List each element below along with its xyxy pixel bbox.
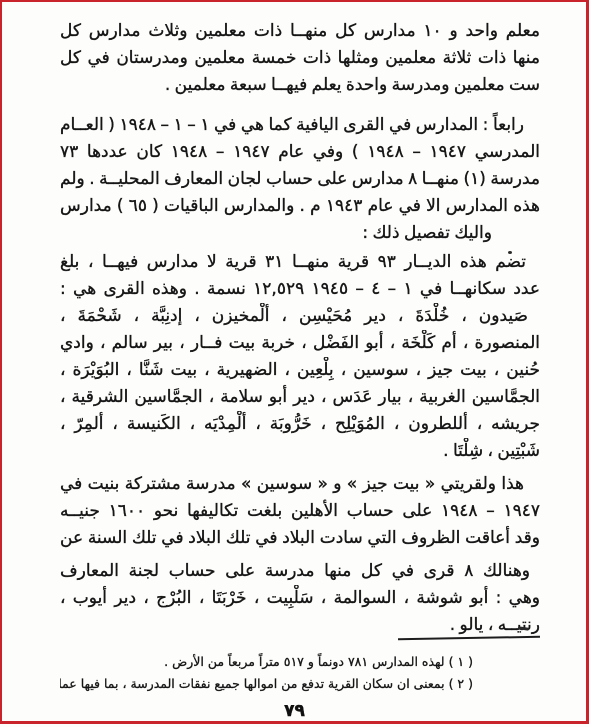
text-line: وهنالك ٨ قرى في كل منها مدرسة على حساب ل… <box>60 558 540 585</box>
text-line: رنتيــه ، يالو . <box>60 612 540 639</box>
text-line: منها ذات ثلاثة معلمين ومثلها ذات خمسة مع… <box>60 45 540 72</box>
text-line: وهي : أبو شوشة ، السوالمة ، سَلْبِيت ، خ… <box>60 585 540 612</box>
text-line: عدد سكانهــا في ١ – ٤ – ١٩٤٥ ١٢,٥٢٩ نسمة… <box>60 276 540 303</box>
text-line: المدرسي ١٩٤٧ – ١٩٤٨ ) وفي عام ١٩٤٧ – ١٩٤… <box>60 139 540 166</box>
text-line: وقد أعاقت الظروف التي سادت البلاد في تلك… <box>60 525 540 552</box>
text-line: معلم واحد و ١٠ مدارس كل منهــا ذات معلمي… <box>60 18 540 45</box>
paragraph-2: رابعاً : المدارس في القرى اليافية كما هي… <box>60 112 540 247</box>
text-line: تضم هذه الديــار ٩٣ قرية منهــا ٣١ قرية … <box>60 249 540 276</box>
paragraph-4: هذا ولقريتي « بيت جيز » و « سوسين » مدرس… <box>60 471 540 552</box>
text-line: الجمَّاسين الغربية ، بيار عَدَس ، دير أب… <box>60 384 540 411</box>
text-line: صَيدون ، خُلْدَةَ ، دير مُحَيْسِن ، ألْم… <box>60 303 540 330</box>
text-line: هذه المدارس الا في عام ١٩٤٣ م . والمدارس… <box>60 193 540 220</box>
text-line: هذا ولقريتي « بيت جيز » و « سوسين » مدرس… <box>60 471 540 498</box>
paragraph-1: معلم واحد و ١٠ مدارس كل منهــا ذات معلمي… <box>60 18 540 99</box>
footnote-1: ( ١ ) لهذه المدارس ٧٨١ دونماً و ٥١٧ مترا… <box>60 651 473 673</box>
text-line: رابعاً : المدارس في القرى اليافية كما هي… <box>60 112 540 139</box>
text-line: ١٩٤٧ – ١٩٤٨ على حساب الأهلين بلغت تكاليف… <box>60 498 540 525</box>
text-line: ست معلمين ومدرسة واحدة يعلم فيهــا سبعة … <box>60 72 540 99</box>
text-line: شَبْتِين ، شِلْتَا . <box>60 438 540 465</box>
footnotes: ( ١ ) لهذه المدارس ٧٨١ دونماً و ٥١٧ مترا… <box>60 651 473 695</box>
paragraph-5: وهنالك ٨ قرى في كل منها مدرسة على حساب ل… <box>60 558 540 639</box>
text-line: حُنين ، بيت جيز ، سوسين ، بِلْعِين ، الض… <box>60 357 540 384</box>
text-line: واليك تفصيل ذلك : <box>60 220 540 247</box>
paragraph-3-village-list: تضم هذه الديــار ٩٣ قرية منهــا ٣١ قرية … <box>60 249 540 465</box>
text-line: مدرسة (١) منهــا ٨ مدارس على حساب لجان ا… <box>60 166 540 193</box>
scan-speck <box>508 251 512 254</box>
page-number: ٧٩ <box>0 701 589 721</box>
text-line: المنصورة ، أم كَلْخَة ، أبو الفَضْل ، خر… <box>60 330 540 357</box>
text-line: جريشه ، أللطرون ، المُوَيْلِح ، خَرُّوبَ… <box>60 411 540 438</box>
footnote-2: ( ٢ ) بمعنى ان سكان القرية تدفع من اموال… <box>60 673 473 695</box>
